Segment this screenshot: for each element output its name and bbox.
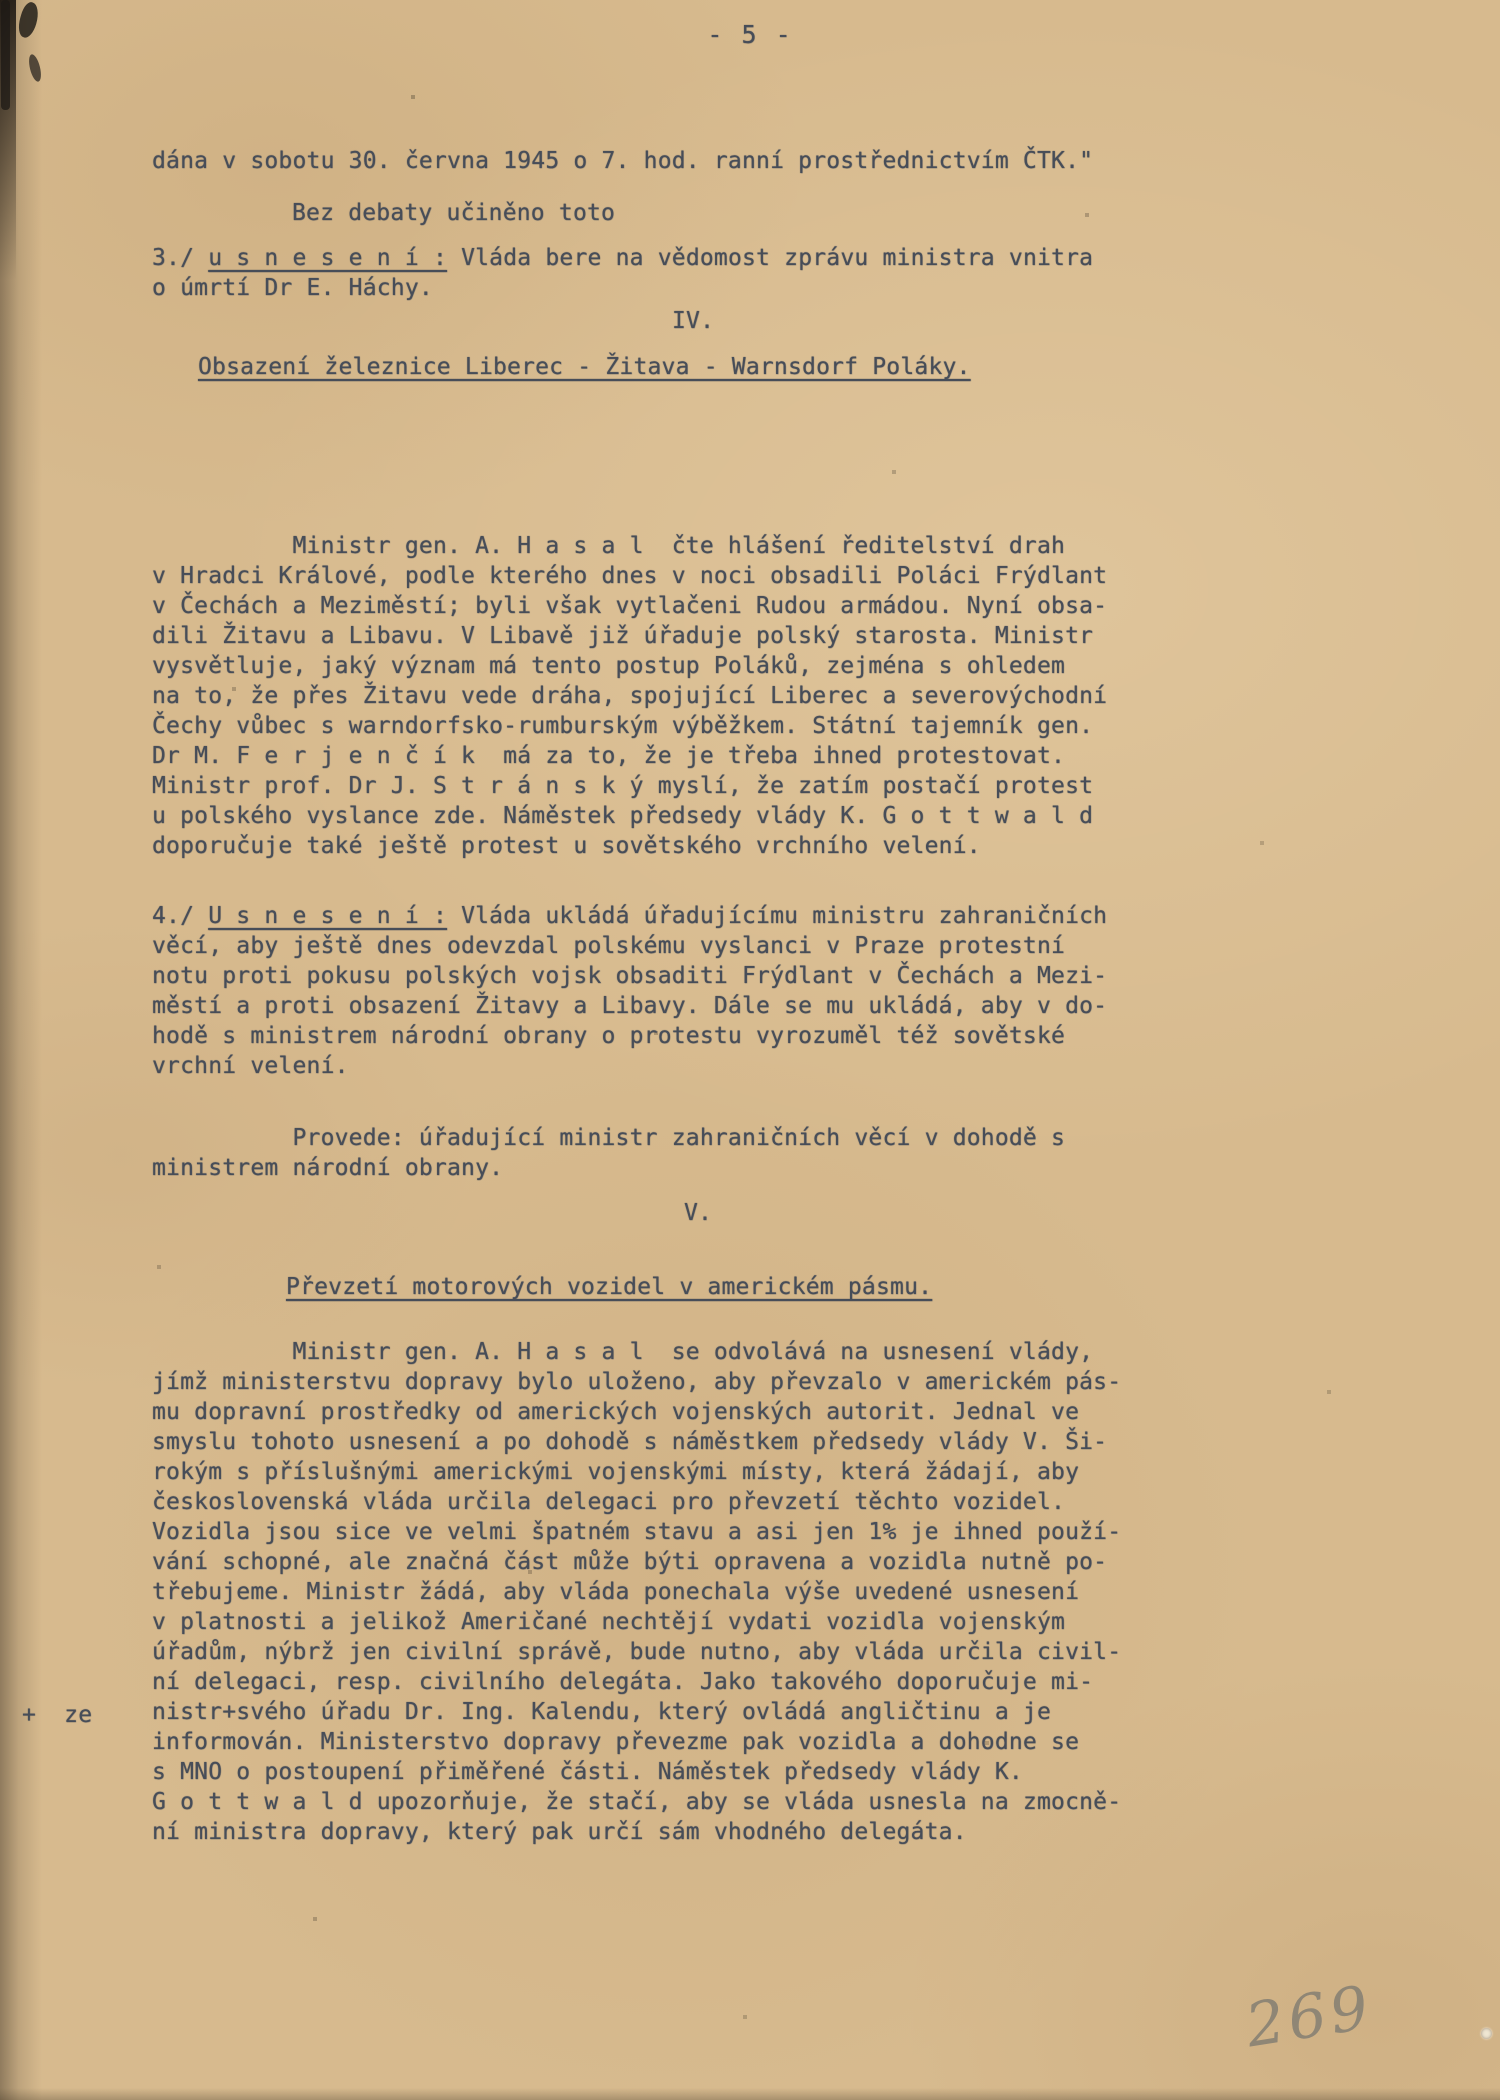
resolution-4-body: věcí, aby ještě dnes odevzdal polskému v… [152,931,1107,1081]
resolution-4-underlined-term: U s n e s e n í : [208,903,447,929]
provede-note: Provede: úřadující ministr zahraničních … [152,1123,1065,1183]
resolution-4-prefix: 4./ [152,903,208,929]
body-line-ctk: dána v sobotu 30. června 1945 o 7. hod. … [152,146,1093,176]
binding-shadow-left [0,0,42,2100]
resolution-4-text: Vláda ukládá úřadujícímu ministru zahran… [447,903,1107,929]
margin-insertion-note: + ze [22,1700,92,1730]
resolution-3-underlined-term: u s n e s e n í : [208,245,447,271]
document-page: - 5 - dána v sobotu 30. června 1945 o 7.… [0,0,1500,2100]
section-4-numeral: IV. [672,306,714,336]
page-number: - 5 - [0,20,1500,50]
paper-specks [0,0,2,2]
resolution-4-line1: 4./ U s n e s e n í : Vláda ukládá úřadu… [152,901,1107,931]
resolution-3-text: Vláda bere na vědomost zprávu ministra v… [447,245,1093,271]
section-5-title: Převzetí motorových vozidel v americkém … [286,1272,932,1302]
page-bottom-shadow [0,2088,1500,2100]
section-4-paragraph: Ministr gen. A. H a s a l čte hlášení ře… [152,531,1107,861]
edge-ink-streak [1,0,10,110]
section-5-paragraph: Ministr gen. A. H a s a l se odvolává na… [152,1337,1121,1847]
paper-hole [1481,2028,1492,2039]
ink-blot-mark [27,53,43,83]
resolution-3-prefix: 3./ [152,245,208,271]
resolution-3-line1: 3./ u s n e s e n í : Vláda bere na vědo… [152,243,1093,273]
folio-number-handwritten: 269 [1241,1973,1377,2062]
section-5-numeral: V. [684,1198,712,1228]
resolution-3-line2: o úmrtí Dr E. Háchy. [152,273,433,303]
body-line-bez-debaty: Bez debaty učiněno toto [292,198,615,228]
section-4-title: Obsazení železnice Liberec - Žitava - Wa… [198,352,971,382]
